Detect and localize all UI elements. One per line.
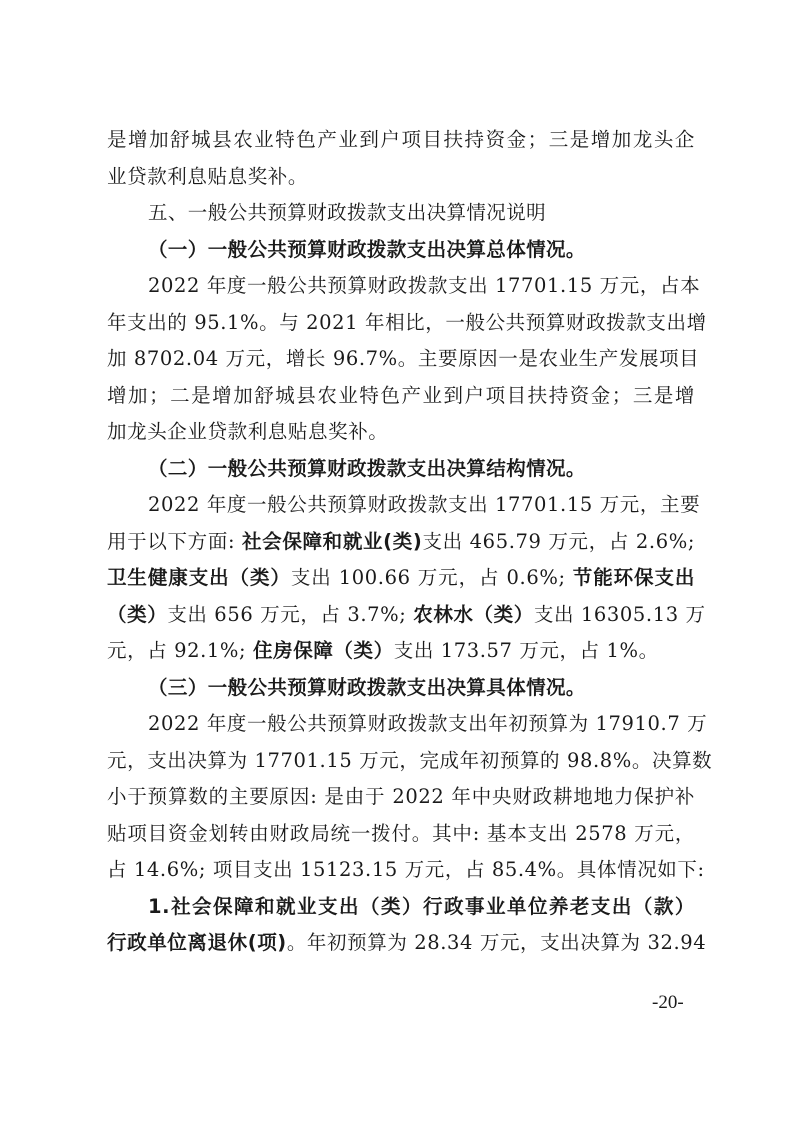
- paragraph-line: 年支出的 95.1%。与 2021 年相比，一般公共预算财政拨款支出增: [107, 305, 695, 342]
- category-energy-environment-cont: （类）: [107, 603, 167, 626]
- paragraph-line: 元，占 92.1%; 住房保障（类）支出 173.57 万元，占 1%。: [107, 633, 695, 670]
- text-run: 支出 100.66 万元，占 0.6%;: [291, 566, 573, 589]
- paragraph-line: （类）支出 656 万元，占 3.7%; 农林水（类）支出 16305.13 万: [107, 597, 695, 634]
- text-run: 支出 465.79 万元，占 2.6%;: [422, 530, 695, 553]
- item-1-title-cont: 行政单位离退休(项): [107, 931, 287, 954]
- category-health: 卫生健康支出（类）: [107, 566, 291, 589]
- paragraph-line: 增加；二是增加舒城县农业特色产业到户项目扶持资金；三是增: [107, 378, 695, 415]
- page-number: -20-: [652, 992, 684, 1014]
- subsection-title-1: （一）一般公共预算财政拨款支出决算总体情况。: [107, 232, 695, 269]
- paragraph-line: 元，支出决算为 17701.15 万元，完成年初预算的 98.8%。决算数: [107, 743, 695, 780]
- paragraph-line: 卫生健康支出（类）支出 100.66 万元，占 0.6%; 节能环保支出: [107, 560, 695, 597]
- paragraph-line: 2022 年度一般公共预算财政拨款支出 17701.15 万元，占本: [107, 268, 695, 305]
- paragraph-line: 占 14.6%; 项目支出 15123.15 万元，占 85.4%。具体情况如下…: [107, 852, 695, 889]
- subsection-title-2: （二）一般公共预算财政拨款支出决算结构情况。: [107, 451, 695, 488]
- paragraph-line: 贴项目资金划转由财政局统一拨付。其中: 基本支出 2578 万元，: [107, 816, 695, 853]
- paragraph-line: 行政单位离退休(项)。年初预算为 28.34 万元，支出决算为 32.94: [107, 925, 695, 962]
- paragraph-line: 业贷款利息贴息奖补。: [107, 159, 695, 196]
- text-run: 。年初预算为 28.34 万元，支出决算为 32.94: [287, 931, 706, 954]
- paragraph-line: 加龙头企业贷款利息贴息奖补。: [107, 414, 695, 451]
- paragraph-line: 加 8702.04 万元，增长 96.7%。主要原因一是农业生产发展项目: [107, 341, 695, 378]
- text-run: 用于以下方面:: [107, 530, 242, 553]
- section-title: 五、一般公共预算财政拨款支出决算情况说明: [107, 195, 695, 232]
- paragraph-line: 小于预算数的主要原因: 是由于 2022 年中央财政耕地地力保护补: [107, 779, 695, 816]
- category-agriculture: 农林水（类）: [413, 603, 534, 626]
- paragraph-line: 2022 年度一般公共预算财政拨款支出年初预算为 17910.7 万: [107, 706, 695, 743]
- text-run: 元，占 92.1%;: [107, 639, 253, 662]
- text-run: 支出 656 万元，占 3.7%;: [167, 603, 413, 626]
- document-page: 是增加舒城县农业特色产业到户项目扶持资金；三是增加龙头企 业贷款利息贴息奖补。 …: [107, 122, 695, 962]
- category-energy-environment: 节能环保支出: [573, 566, 695, 589]
- text-run: 支出 173.57 万元，占 1%。: [394, 639, 659, 662]
- category-social-security: 社会保障和就业(类): [242, 530, 422, 553]
- category-housing: 住房保障（类）: [253, 639, 394, 662]
- paragraph-line: 2022 年度一般公共预算财政拨款支出 17701.15 万元，主要: [107, 487, 695, 524]
- paragraph-line: 是增加舒城县农业特色产业到户项目扶持资金；三是增加龙头企: [107, 122, 695, 159]
- paragraph-line: 用于以下方面: 社会保障和就业(类)支出 465.79 万元，占 2.6%;: [107, 524, 695, 561]
- item-1-title: 1.社会保障和就业支出（类）行政事业单位养老支出（款）: [107, 889, 695, 926]
- text-run: 支出 16305.13 万: [534, 603, 706, 626]
- subsection-title-3: （三）一般公共预算财政拨款支出决算具体情况。: [107, 670, 695, 707]
